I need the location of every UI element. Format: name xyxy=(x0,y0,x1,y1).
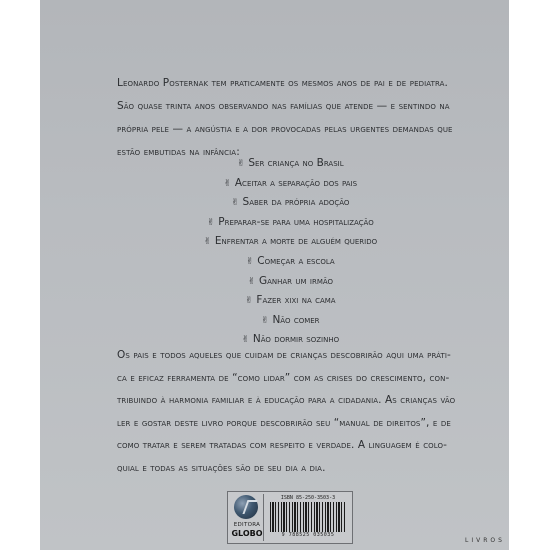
list-item-label: Começar a escola xyxy=(257,255,334,267)
child-figure-icon: ✌ xyxy=(231,194,240,214)
isbn-number: ISBN 85-250-3503-3 xyxy=(267,495,349,501)
child-figure-icon: ✌ xyxy=(244,292,253,312)
list-item-label: Não comer xyxy=(272,314,319,326)
series-label: LIVROS xyxy=(465,537,505,544)
demands-list: ✌Ser criança no Brasil ✌Aceitar a separa… xyxy=(140,154,440,350)
editora-globo-logo: EDITORA GLOBO xyxy=(231,495,261,539)
ean-number: 9 788525 035035 xyxy=(267,532,349,538)
list-item: ✌Ganhar um irmão xyxy=(140,272,440,292)
globe-icon xyxy=(234,495,258,519)
list-item: ✌Aceitar a separação dos pais xyxy=(140,174,440,194)
child-figure-icon: ✌ xyxy=(206,214,215,234)
list-item-label: Preparar-se para uma hospitalização xyxy=(218,216,373,228)
publisher-imprint-box: EDITORA GLOBO ISBN 85-250-3503-3 9 78852… xyxy=(227,491,353,544)
child-figure-icon: ✌ xyxy=(236,155,245,175)
list-item-label: Saber da própria adoção xyxy=(243,196,350,208)
child-figure-icon: ✌ xyxy=(223,175,232,195)
child-figure-icon: ✌ xyxy=(245,253,254,273)
list-item-label: Aceitar a separação dos pais xyxy=(235,177,357,189)
intro-line: Leonardo Posternak tem praticamente os m… xyxy=(117,72,442,95)
child-figure-icon: ✌ xyxy=(260,312,269,332)
list-item: ✌Começar a escola xyxy=(140,252,440,272)
list-item: ✌Saber da própria adoção xyxy=(140,193,440,213)
closing-paragraph: Os pais e todos aqueles que cuidam de cr… xyxy=(117,344,443,479)
list-item-label: Fazer xixi na cama xyxy=(256,294,335,306)
list-item: ✌Ser criança no Brasil xyxy=(140,154,440,174)
publisher-name-line2: GLOBO xyxy=(231,529,263,538)
list-item: ✌Preparar-se para uma hospitalização xyxy=(140,213,440,233)
list-item: ✌Fazer xixi na cama xyxy=(140,291,440,311)
publisher-name-line1: EDITORA xyxy=(231,522,263,528)
child-figure-icon: ✌ xyxy=(247,273,256,293)
intro-paragraph: Leonardo Posternak tem praticamente os m… xyxy=(117,72,442,164)
closing-line: tribuindo à harmonia familiar e à educaç… xyxy=(117,389,443,412)
closing-line: Os pais e todos aqueles que cuidam de cr… xyxy=(117,344,443,367)
intro-line: própria pele — a angústia e a dor provoc… xyxy=(117,118,442,141)
closing-line: quial e todas as situações são de seu di… xyxy=(117,457,443,480)
list-item-label: Ser criança no Brasil xyxy=(248,157,343,169)
list-item: ✌Enfrentar a morte de alguém querido xyxy=(140,232,440,252)
divider xyxy=(263,494,264,541)
list-item: ✌Não comer xyxy=(140,311,440,331)
intro-line: São quase trinta anos observando nas fam… xyxy=(117,95,442,118)
list-item-label: Enfrentar a morte de alguém querido xyxy=(215,235,377,247)
barcode: ISBN 85-250-3503-3 9 788525 035035 xyxy=(267,495,349,541)
list-item-label: Ganhar um irmão xyxy=(259,275,333,287)
child-figure-icon: ✌ xyxy=(203,233,212,253)
closing-line: ler e gostar deste livro porque descobri… xyxy=(117,412,443,435)
closing-line: ca e eficaz ferramenta de “como lidar” c… xyxy=(117,367,443,390)
closing-line: como tratar e serem tratadas com respeit… xyxy=(117,434,443,457)
barcode-bars xyxy=(270,502,346,532)
